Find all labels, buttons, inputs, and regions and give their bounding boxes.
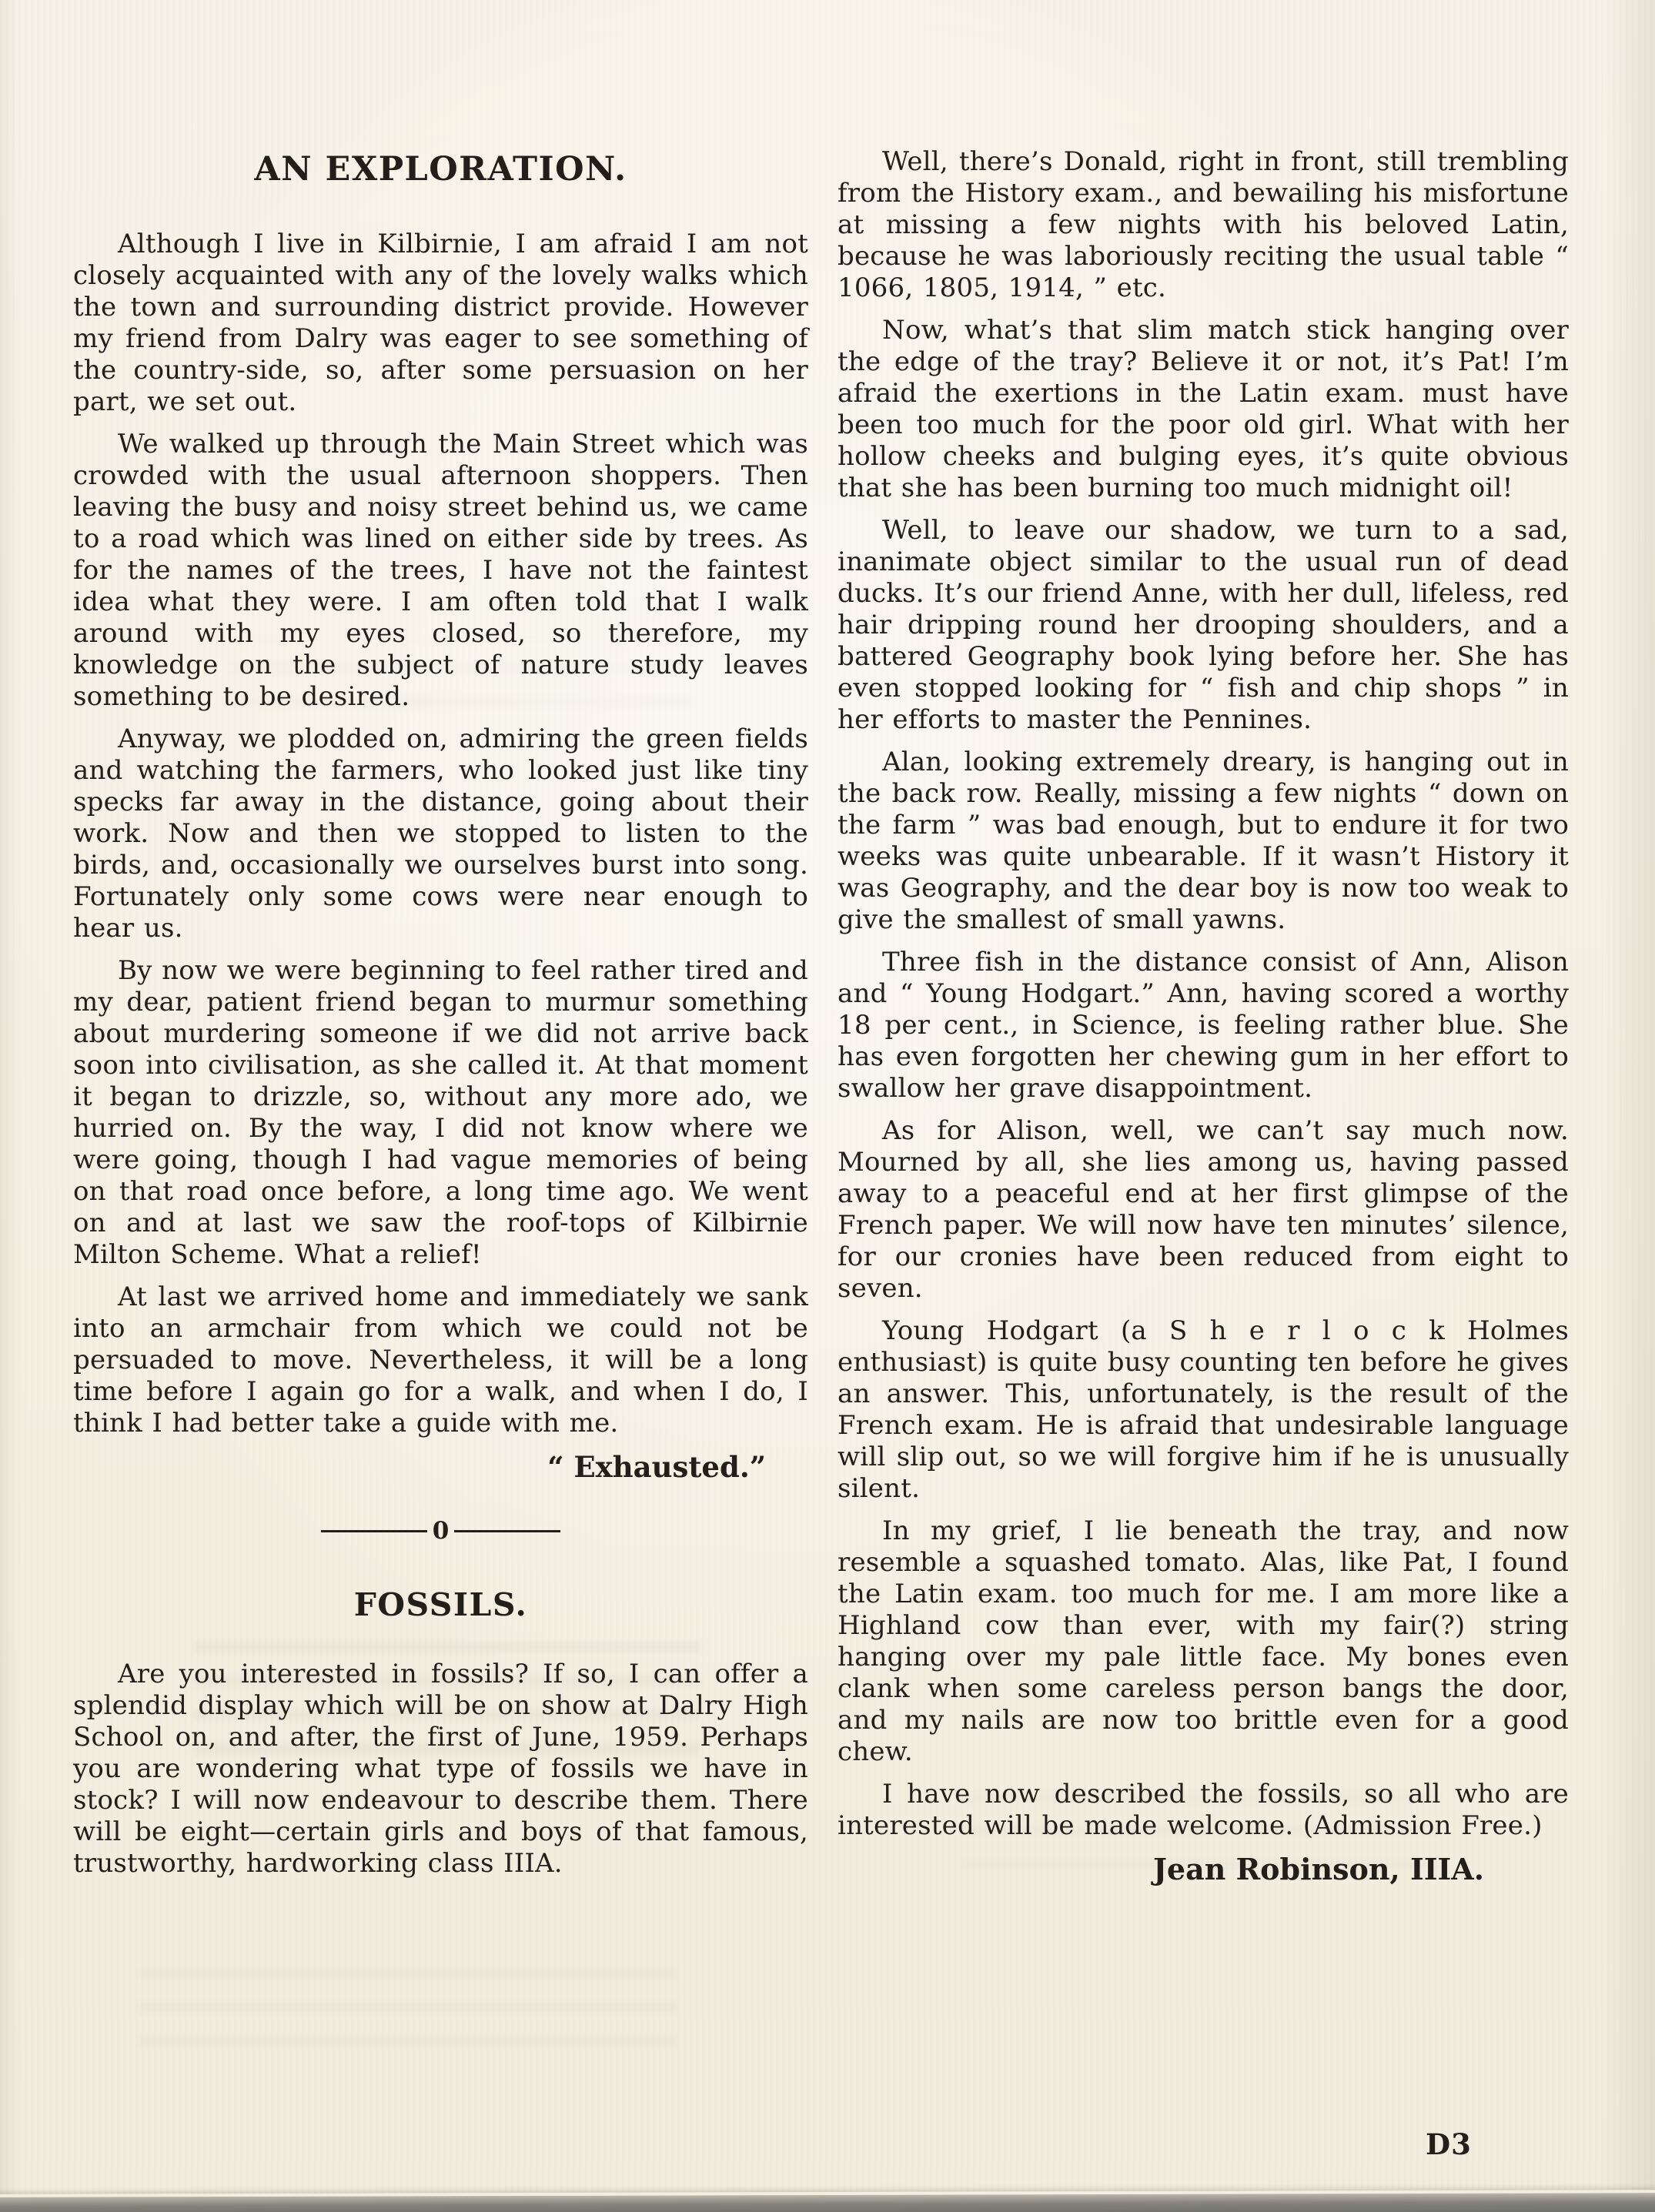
exploration-paragraph-5: At last we arrived home and immediately … (73, 1281, 808, 1439)
page-bottom-edge (0, 2193, 1655, 2212)
page-right-edge-shading (1601, 0, 1655, 2212)
right-column: Well, there’s Donald, right in front, st… (838, 146, 1569, 1886)
exploration-paragraph-3: Anyway, we plodded on, admiring the gree… (73, 723, 808, 944)
fossils-paragraph-4: Well, to leave our shadow, we turn to a … (838, 515, 1569, 736)
fossils-paragraph-7: As for Alison, well, we can’t say much n… (838, 1115, 1569, 1305)
left-column: AN EXPLORATION. Although I live in Kilbi… (73, 150, 808, 1890)
fossils-paragraph-3: Now, what’s that slim match stick hangin… (838, 315, 1569, 504)
fossils-paragraph-1: Are you interested in fossils? If so, I … (73, 1659, 808, 1880)
divider-rule-right (454, 1530, 560, 1532)
section-divider: 0 (73, 1519, 808, 1543)
exploration-pseudonym-byline: “ Exhausted.” (73, 1450, 766, 1484)
divider-ornament: 0 (433, 1519, 450, 1543)
fossils-paragraph-9: In my grief, I lie beneath the tray, and… (838, 1515, 1569, 1768)
fossils-paragraph-5: Alan, looking extremely dreary, is hangi… (838, 747, 1569, 936)
page-left-edge-shading (0, 0, 20, 2212)
fossils-paragraph-6: Three fish in the distance consist of An… (838, 947, 1569, 1104)
magazine-page: AN EXPLORATION. Although I live in Kilbi… (0, 0, 1655, 2212)
exploration-paragraph-4: By now we were beginning to feel rather … (73, 955, 808, 1271)
show-through-ghosting (139, 1955, 677, 2047)
exploration-paragraph-1: Although I live in Kilbirnie, I am afrai… (73, 229, 808, 418)
exploration-paragraph-2: We walked up through the Main Street whi… (73, 429, 808, 713)
fossils-paragraph-2: Well, there’s Donald, right in front, st… (838, 146, 1569, 304)
fossils-paragraph-8: Young Hodgart (a S h e r l o c k Holmes … (838, 1315, 1569, 1505)
article-title-fossils: FOSSILS. (73, 1586, 808, 1623)
article-title-an-exploration: AN EXPLORATION. (73, 150, 808, 189)
page-number: D3 (1426, 2127, 1472, 2161)
author-signature: Jean Robinson, IIIA. (838, 1853, 1484, 1886)
fossils-paragraph-10: I have now described the fossils, so all… (838, 1779, 1569, 1842)
divider-rule-left (321, 1530, 427, 1532)
